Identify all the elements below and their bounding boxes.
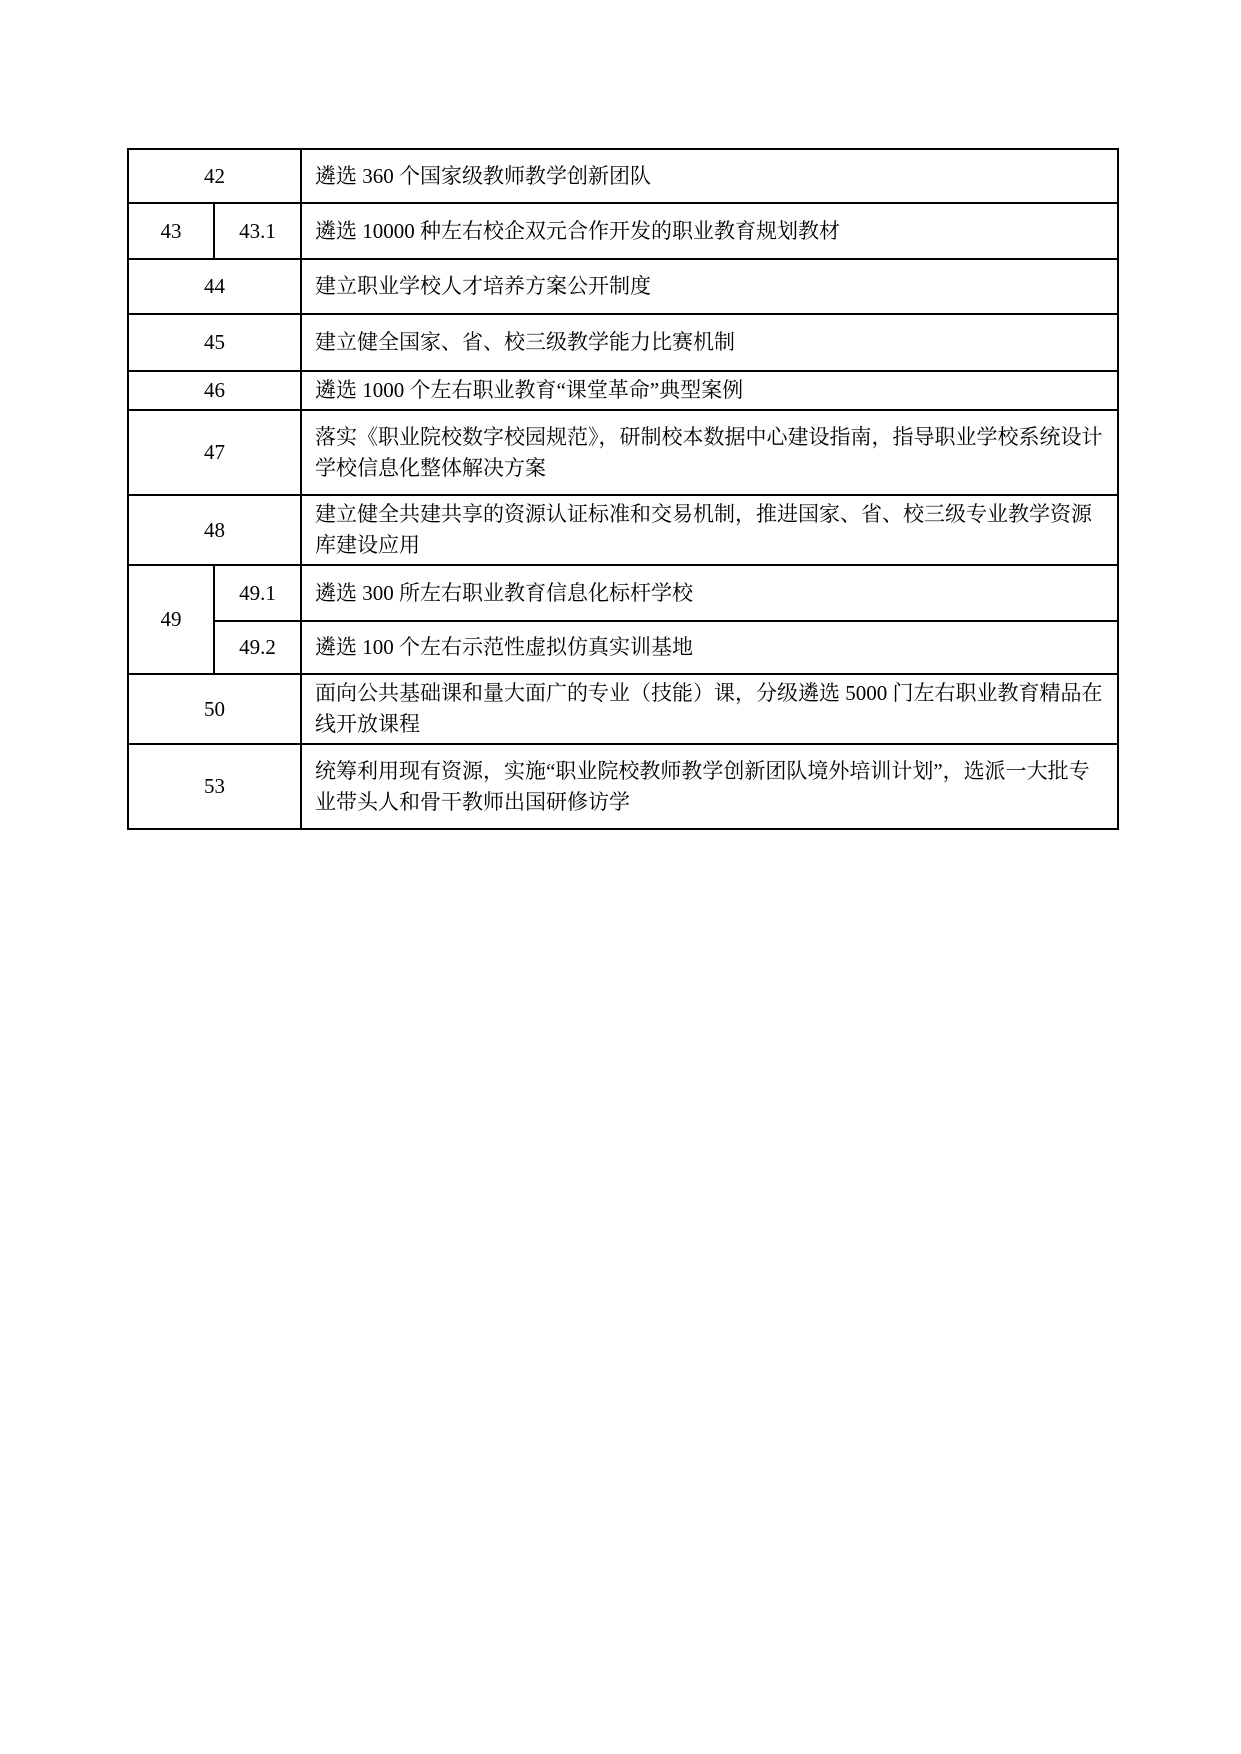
table-row: 42 遴选 360 个国家级教师教学创新团队 [128,149,1118,203]
row-number: 47 [128,410,301,495]
row-number: 43 [128,203,214,259]
table-row: 49.2 遴选 100 个左右示范性虚拟仿真实训基地 [128,621,1118,674]
row-number: 46 [128,371,301,410]
task-text: 统筹利用现有资源，实施“职业院校教师教学创新团队境外培训计划”，选派一大批专业带… [301,744,1118,829]
row-subnumber: 49.2 [214,621,301,674]
task-text: 落实《职业院校数字校园规范》，研制校本数据中心建设指南，指导职业学校系统设计学校… [301,410,1118,495]
row-number: 42 [128,149,301,203]
task-text: 遴选 100 个左右示范性虚拟仿真实训基地 [301,621,1118,674]
table-row: 45 建立健全国家、省、校三级教学能力比赛机制 [128,314,1118,371]
task-text: 建立职业学校人才培养方案公开制度 [301,259,1118,314]
table-row: 43 43.1 遴选 10000 种左右校企双元合作开发的职业教育规划教材 [128,203,1118,259]
task-text: 遴选 360 个国家级教师教学创新团队 [301,149,1118,203]
row-subnumber: 49.1 [214,565,301,621]
row-number: 45 [128,314,301,371]
task-text: 遴选 1000 个左右职业教育“课堂革命”典型案例 [301,371,1118,410]
table-row: 47 落实《职业院校数字校园规范》，研制校本数据中心建设指南，指导职业学校系统设… [128,410,1118,495]
table-row: 44 建立职业学校人才培养方案公开制度 [128,259,1118,314]
document-page: 42 遴选 360 个国家级教师教学创新团队 43 43.1 遴选 10000 … [0,0,1241,1754]
table-row: 53 统筹利用现有资源，实施“职业院校教师教学创新团队境外培训计划”，选派一大批… [128,744,1118,829]
task-text: 面向公共基础课和量大面广的专业（技能）课，分级遴选 5000 门左右职业教育精品… [301,674,1118,744]
table-row: 49 49.1 遴选 300 所左右职业教育信息化标杆学校 [128,565,1118,621]
row-subnumber: 43.1 [214,203,301,259]
table-row: 50 面向公共基础课和量大面广的专业（技能）课，分级遴选 5000 门左右职业教… [128,674,1118,744]
row-number: 49 [128,565,214,674]
row-number: 44 [128,259,301,314]
task-text: 建立健全共建共享的资源认证标准和交易机制，推进国家、省、校三级专业教学资源库建设… [301,495,1118,565]
table-row: 48 建立健全共建共享的资源认证标准和交易机制，推进国家、省、校三级专业教学资源… [128,495,1118,565]
table-row: 46 遴选 1000 个左右职业教育“课堂革命”典型案例 [128,371,1118,410]
task-text: 建立健全国家、省、校三级教学能力比赛机制 [301,314,1118,371]
task-table: 42 遴选 360 个国家级教师教学创新团队 43 43.1 遴选 10000 … [127,148,1119,830]
row-number: 53 [128,744,301,829]
task-text: 遴选 300 所左右职业教育信息化标杆学校 [301,565,1118,621]
row-number: 50 [128,674,301,744]
task-text: 遴选 10000 种左右校企双元合作开发的职业教育规划教材 [301,203,1118,259]
row-number: 48 [128,495,301,565]
